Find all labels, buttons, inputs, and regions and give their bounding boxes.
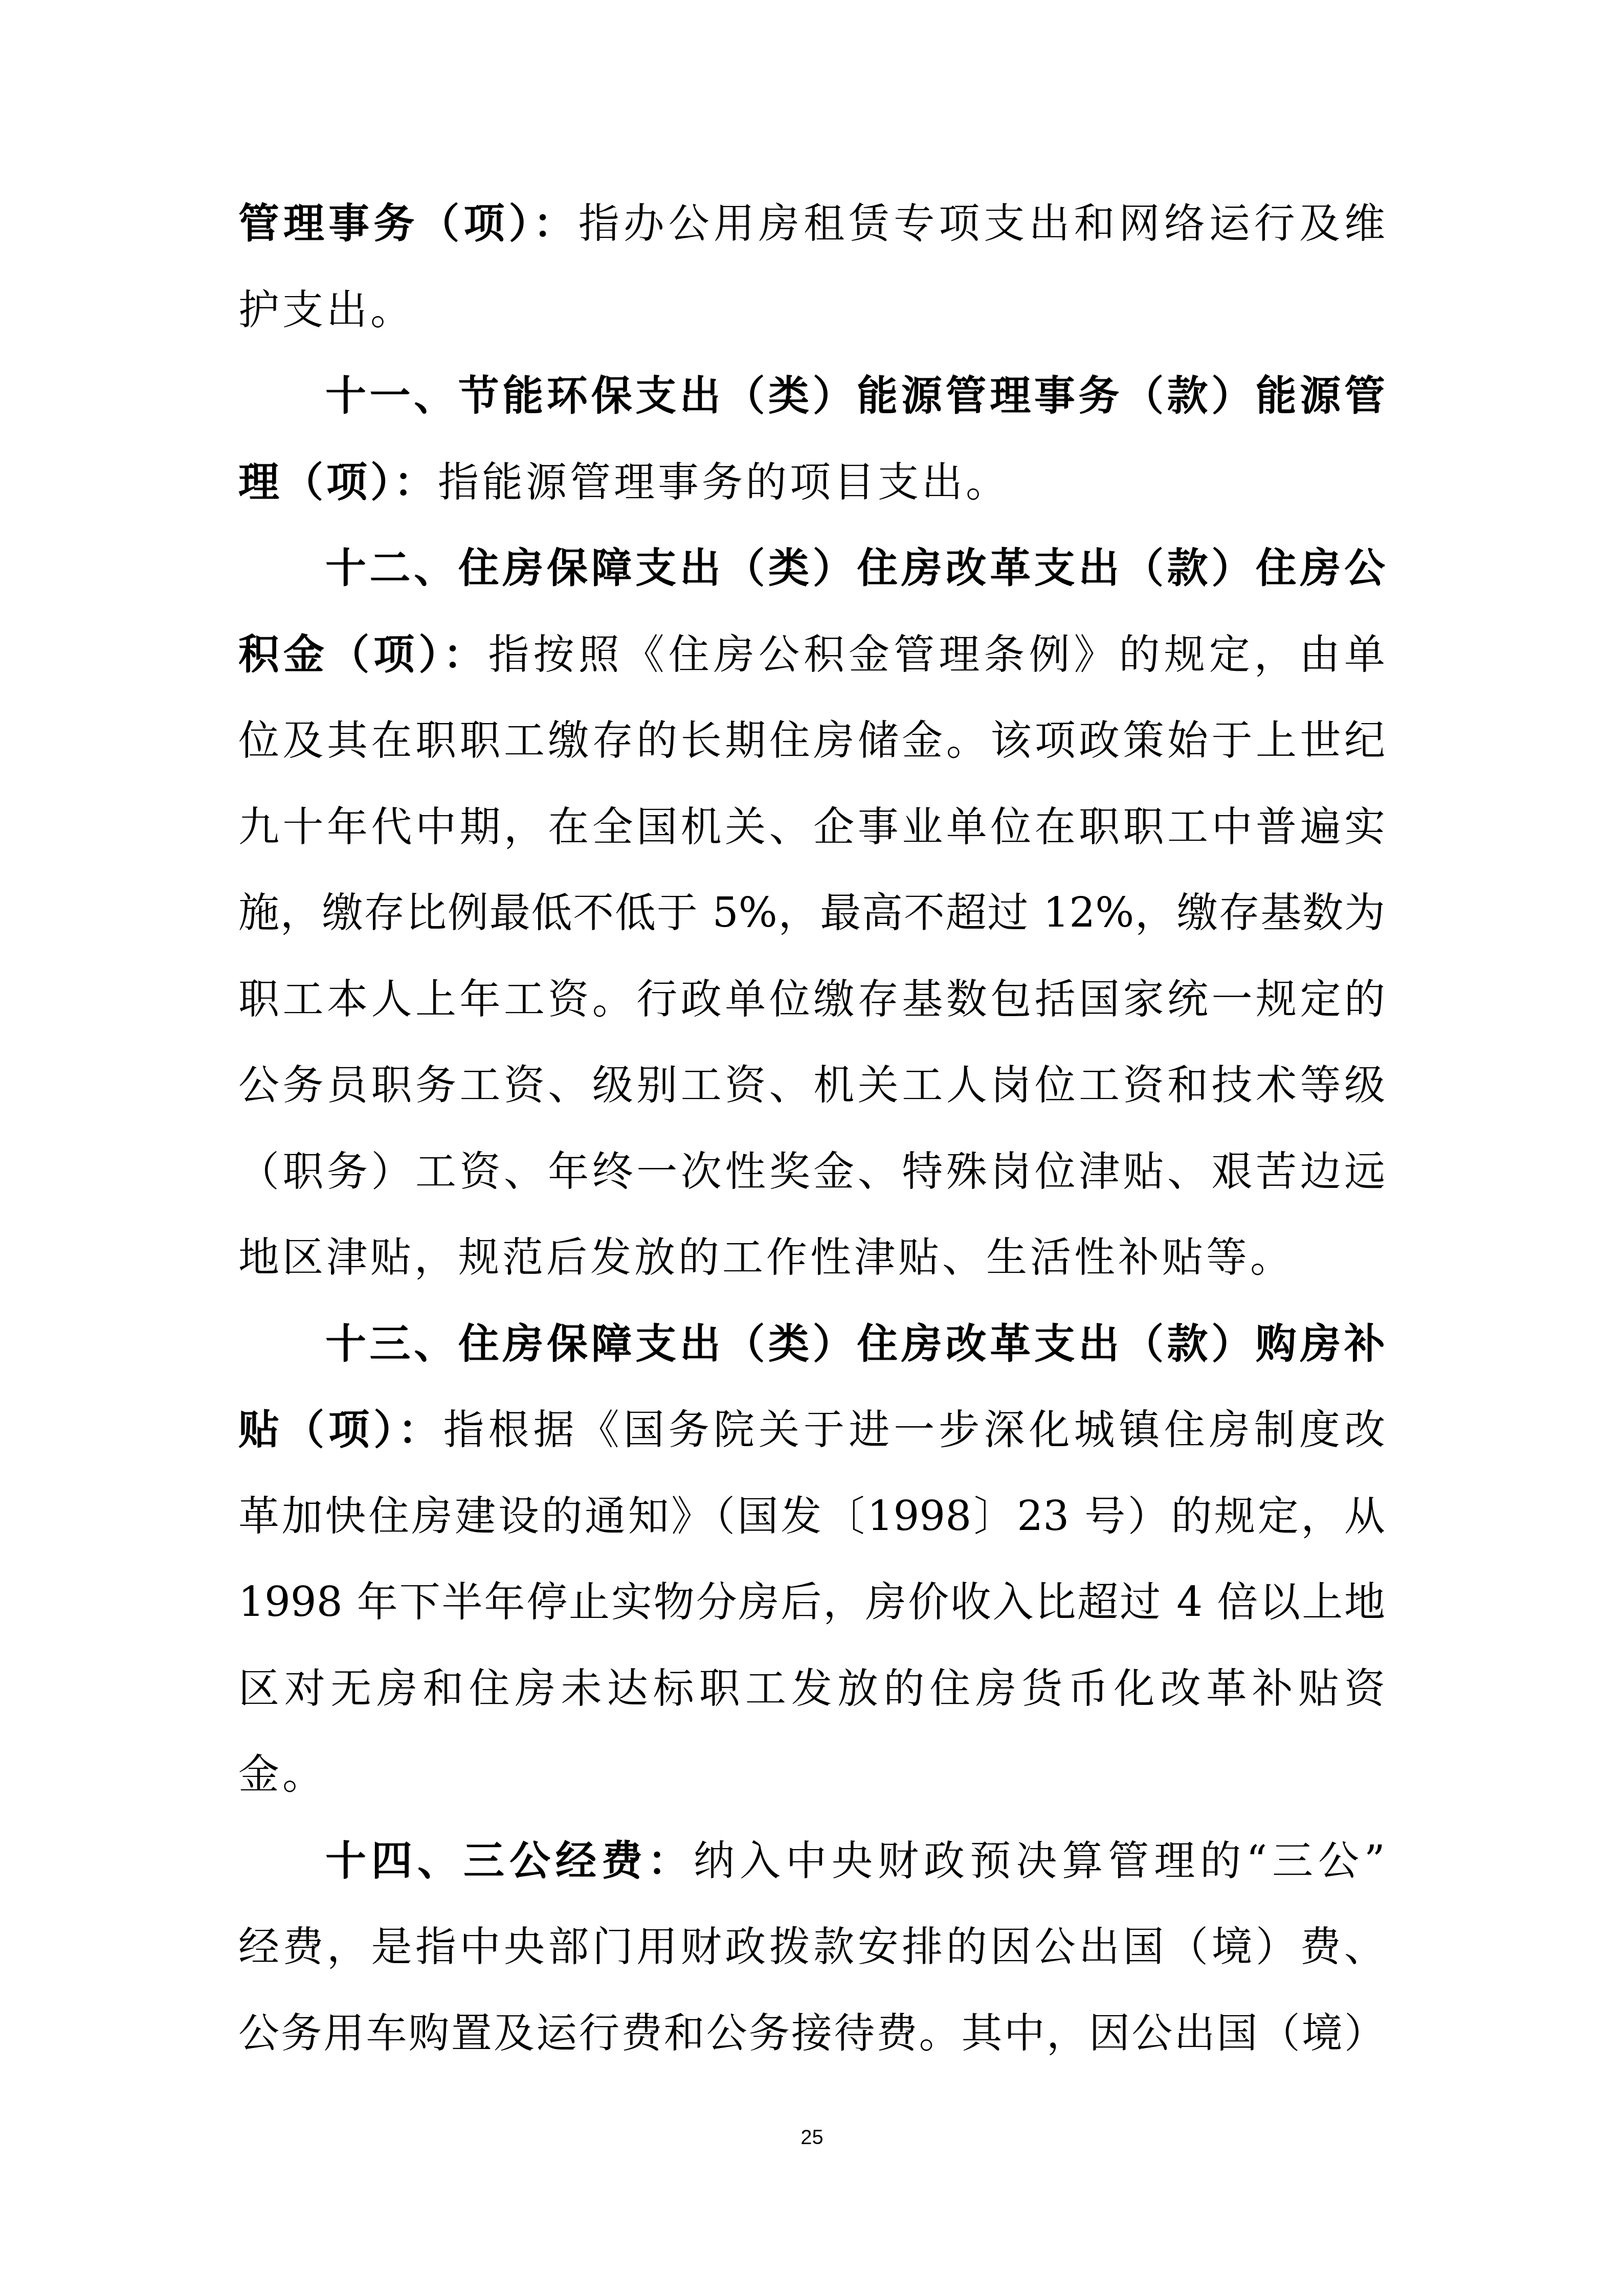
section-heading-13: 十三、住房保障支出（类）住房改革支出（款）购房补 — [325, 1313, 1385, 1375]
body-text: 1998 年下半年停止实物分房后，房价收入比超过 4 倍以上地 — [238, 1578, 1385, 1626]
body-text: （职务）工资、年终一次性奖金、特殊岗位津贴、艰苦边远 — [238, 1147, 1385, 1195]
text-line-4: 理（项）：指能源管理事务的项目支出。 — [238, 452, 1385, 513]
section-title: 十二、住房保障支出（类）住房改革支出（款）住房公 — [325, 544, 1385, 592]
document-page: 管理事务（项）：指办公用房租赁专项支出和网络运行及维 护支出。 十一、节能环保支… — [0, 0, 1624, 2296]
term-definition: 纳入中央财政预决算管理的“三公” — [694, 1837, 1385, 1884]
text-line-11: 公务员职务工资、级别工资、机关工人岗位工资和技术等级 — [238, 1054, 1385, 1116]
text-line-15: 贴（项）：指根据《国务院关于进一步深化城镇住房制度改 — [238, 1399, 1385, 1460]
text-line-1: 管理事务（项）：指办公用房租赁专项支出和网络运行及维 — [238, 193, 1385, 254]
section-heading-11: 十一、节能环保支出（类）能源管理事务（款）能源管 — [325, 365, 1385, 426]
text-line-22: 公务用车购置及运行费和公务接待费。其中，因公出国（境） — [238, 2002, 1385, 2064]
body-text: 施，缴存比例最低不低于 5%，最高不超过 12%，缴存基数为 — [238, 889, 1385, 936]
body-text: 职工本人上年工资。行政单位缴存基数包括国家统一规定的 — [238, 975, 1385, 1023]
text-line-8: 九十年代中期，在全国机关、企事业单位在职职工中普遍实 — [238, 796, 1385, 858]
text-line-7: 位及其在职职工缴存的长期住房储金。该项政策始于上世纪 — [238, 710, 1385, 771]
text-line-6: 积金（项）：指按照《住房公积金管理条例》的规定，由单 — [238, 624, 1385, 685]
term-heading: 管理事务（项）： — [238, 199, 579, 247]
term-definition: 指办公用房租赁专项支出和网络运行及维 — [579, 199, 1385, 247]
text-line-2: 护支出。 — [238, 279, 1385, 341]
section-title: 十四、三公经费： — [325, 1837, 694, 1884]
term-definition: 指能源管理事务的项目支出。 — [438, 458, 1010, 506]
section-heading-14: 十四、三公经费：纳入中央财政预决算管理的“三公” — [325, 1830, 1385, 1892]
text-line-9: 施，缴存比例最低不低于 5%，最高不超过 12%，缴存基数为 — [238, 882, 1385, 943]
text-line-21: 经费，是指中央部门用财政拨款安排的因公出国（境）费、 — [238, 1916, 1385, 1977]
body-text: 公务员职务工资、级别工资、机关工人岗位工资和技术等级 — [238, 1061, 1385, 1109]
text-line-10: 职工本人上年工资。行政单位缴存基数包括国家统一规定的 — [238, 969, 1385, 1030]
body-text: 公务用车购置及运行费和公务接待费。其中，因公出国（境） — [238, 2009, 1385, 2057]
body-text: 经费，是指中央部门用财政拨款安排的因公出国（境）费、 — [238, 1923, 1385, 1970]
section-title: 十一、节能环保支出（类）能源管理事务（款）能源管 — [325, 372, 1385, 419]
term-heading: 贴（项）： — [238, 1406, 443, 1453]
text-line-17: 1998 年下半年停止实物分房后，房价收入比超过 4 倍以上地 — [238, 1571, 1385, 1633]
body-text: 区对无房和住房未达标职工发放的住房货币化改革补贴资 — [238, 1664, 1385, 1712]
term-heading: 积金（项）： — [238, 631, 488, 678]
text-line-18: 区对无房和住房未达标职工发放的住房货币化改革补贴资 — [238, 1658, 1385, 1719]
body-text: 位及其在职职工缴存的长期住房储金。该项政策始于上世纪 — [238, 716, 1385, 764]
term-heading: 理（项）： — [238, 458, 438, 506]
text-line-13: 地区津贴，规范后发放的工作性津贴、生活性补贴等。 — [238, 1227, 1385, 1288]
page-number: 25 — [0, 2122, 1624, 2153]
body-text: 九十年代中期，在全国机关、企事业单位在职职工中普遍实 — [238, 803, 1385, 850]
text-line-16: 革加快住房建设的通知》（国发〔1998〕23 号）的规定，从 — [238, 1485, 1385, 1547]
section-title: 十三、住房保障支出（类）住房改革支出（款）购房补 — [325, 1320, 1385, 1367]
body-text: 金。 — [238, 1750, 326, 1798]
term-definition: 指根据《国务院关于进一步深化城镇住房制度改 — [443, 1406, 1385, 1453]
term-definition: 护支出。 — [238, 286, 414, 333]
section-heading-12: 十二、住房保障支出（类）住房改革支出（款）住房公 — [325, 537, 1385, 599]
text-line-12: （职务）工资、年终一次性奖金、特殊岗位津贴、艰苦边远 — [238, 1141, 1385, 1202]
text-line-19: 金。 — [238, 1744, 1385, 1805]
body-text: 革加快住房建设的通知》（国发〔1998〕23 号）的规定，从 — [238, 1492, 1385, 1540]
body-text: 地区津贴，规范后发放的工作性津贴、生活性补贴等。 — [238, 1233, 1294, 1281]
term-definition: 指按照《住房公积金管理条例》的规定，由单 — [488, 631, 1385, 678]
